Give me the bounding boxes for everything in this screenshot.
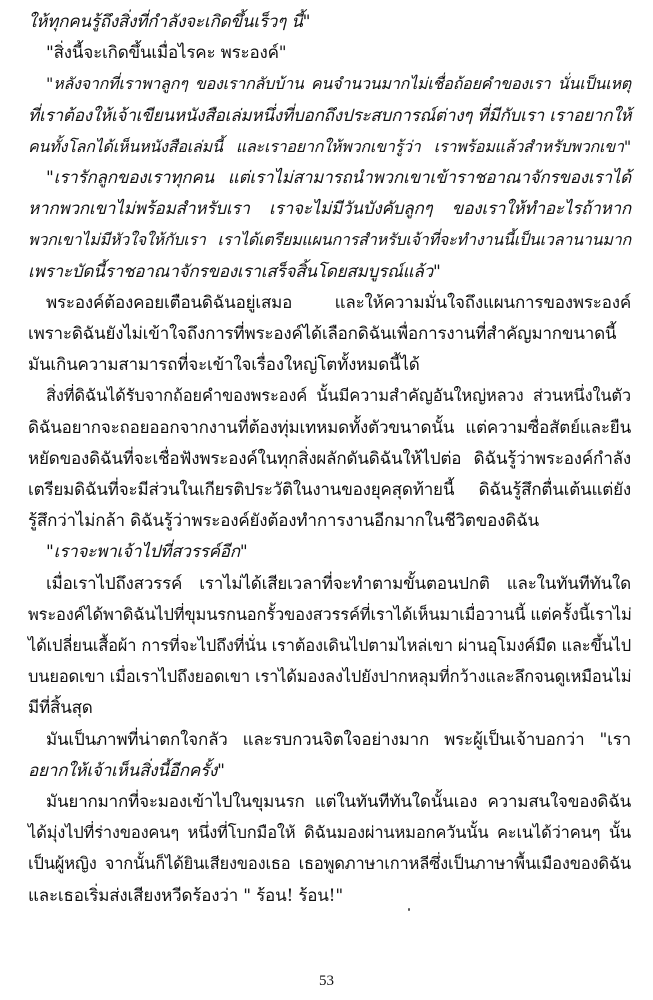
text-line: ได้มุ่งไปที่ร่างของคนๆ หนึ่งที่โบกมือให้…: [28, 818, 631, 848]
text-line: "เราจะพาเจ้าไปที่สวรรค์อีก": [46, 537, 631, 567]
text-line: "เรารักลูกของเราทุกคน แต่เราไม่สามารถนำพ…: [46, 163, 631, 193]
page-number: 53: [0, 973, 653, 990]
text-line: เป็นผู้หญิง จากนั้นก็ได้ยินเสียงของเธอ เ…: [28, 849, 631, 879]
text-line: คนทั้งโลกได้เห็นหนังสือเล่มนี้ และเราอยา…: [28, 132, 631, 162]
text-line: ได้เปลี่ยนเสื้อผ้า การที่จะไปถึงที่นั่น …: [28, 631, 631, 661]
text-line: มันเกินความสามารถที่จะเข้าใจเรื่องใหญ่โต…: [28, 350, 631, 380]
text-line: บนยอดเขา เมื่อเราไปถึงยอดเขา เราได้มองลง…: [28, 662, 631, 692]
text-line: หากพวกเขาไม่พร้อมสำหรับเรา เราจะไม่มีวัน…: [28, 194, 631, 224]
text-line: ที่เราต้องให้เจ้าเขียนหนังสือเล่มหนึ่งที…: [28, 101, 631, 131]
text-line: หยัดของดิฉันที่จะเชื่อฟังพระองค์ในทุกสิ่…: [28, 444, 631, 474]
text-line: มีที่สิ้นสุด: [28, 693, 631, 723]
text-line: พระองค์ได้พาดิฉันไปที่ขุมนรกนอกรั้วของสว…: [28, 600, 631, 630]
text-line: อยากให้เจ้าเห็นสิ่งนี้อีกครั้ง": [28, 756, 631, 786]
text-line: พวกเขาไม่มีหัวใจให้กับเรา เราได้เตรียมแผ…: [28, 225, 631, 255]
text-line: มันยากมากที่จะมองเข้าไปในขุมนรก แต่ในทัน…: [46, 787, 631, 817]
text-line: "หลังจากที่เราพาลูกๆ ของเรากลับบ้าน คนจำ…: [46, 69, 631, 99]
text-line: ให้ทุกคนรู้ถึงสิ่งที่กำลังจะเกิดขึ้นเร็ว…: [28, 7, 631, 37]
text-line: มันเป็นภาพที่น่าตกใจกลัว และรบกวนจิตใจอย…: [46, 725, 631, 755]
text-line: สิ่งที่ดิฉันได้รับจากถ้อยคำของพระองค์ นั…: [46, 381, 631, 411]
scan-speck: [408, 908, 410, 911]
text-line: เพราะดิฉันยังไม่เข้าใจถึงการที่พระองค์ได…: [28, 319, 631, 349]
text-line: รู้สึกว่าไม่กล้า ดิฉันรู้ว่าพระองค์ยังต้…: [28, 506, 631, 536]
text-line: เมื่อเราไปถึงสวรรค์ เราไม่ได้เสียเวลาที่…: [46, 569, 631, 599]
document-page: ให้ทุกคนรู้ถึงสิ่งที่กำลังจะเกิดขึ้นเร็ว…: [0, 0, 653, 1000]
text-line: "สิ่งนี้จะเกิดขึ้นเมื่อไรคะ พระองค์": [46, 38, 631, 68]
text-line: เพราะบัดนี้ราชอาณาจักรของเราเสร็จสิ้นโดย…: [28, 257, 631, 287]
text-line: และเธอเริ่มส่งเสียงหวีดร้องว่า " ร้อน! ร…: [28, 881, 631, 911]
text-line: เตรียมดิฉันที่จะมีส่วนในเกียรติประวัติใน…: [28, 475, 631, 505]
text-line: ดิฉันอยากจะถอยออกจากงานที่ต้องทุ่มเทหมดท…: [28, 413, 631, 443]
text-line: พระองค์ต้องคอยเตือนดิฉันอยู่เสมอ และให้ค…: [46, 288, 631, 318]
